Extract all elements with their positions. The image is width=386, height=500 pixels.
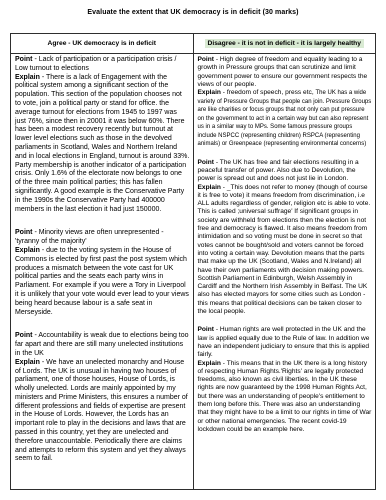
header-agree: Agree - UK democracy is in deficit — [11, 34, 194, 54]
disagree-column-cell: Point - High degree of freedom and equal… — [193, 54, 376, 490]
argument-paragraph: Point - Minority views are often unrepre… — [15, 229, 190, 317]
body-text: - Lack of participation or a participati… — [15, 56, 176, 72]
body-text: - Accountability is weak due to election… — [15, 332, 189, 357]
point-label: Point — [198, 326, 214, 333]
text-block: Point - High degree of freedom and equal… — [198, 56, 373, 89]
header-disagree-label: Disagree - it is not in deficit - it is … — [205, 39, 364, 48]
header-disagree: Disagree - it is not in deficit - it is … — [193, 34, 376, 54]
page-title: Evaluate the extent that UK democracy is… — [0, 0, 386, 16]
explain-label: Explain — [198, 89, 221, 96]
explain-label: Explain — [15, 247, 40, 254]
text-block: Explain - This means that in the UK ther… — [198, 360, 373, 435]
text-block: Explain - There is a lack of Engagement … — [15, 74, 190, 215]
text-block: Explain - due to the voting system in th… — [15, 247, 190, 317]
point-label: Point — [15, 56, 33, 63]
explain-label: Explain — [15, 74, 40, 81]
explain-label: Explain — [198, 360, 221, 367]
point-label: Point — [198, 56, 214, 63]
text-block: Point - Accountability is weak due to el… — [15, 332, 190, 358]
agree-column-cell: Point - Lack of participation or a parti… — [11, 54, 194, 490]
argument-paragraph: Point - Human rights are well protected … — [198, 326, 373, 434]
point-label: Point — [198, 159, 214, 166]
argument-paragraph: Point - Accountability is weak due to el… — [15, 332, 190, 464]
body-text: - There is a lack of Engagement with the… — [15, 74, 189, 213]
body-text: - The UK has free and fair elections res… — [198, 159, 359, 183]
body-text: - freedom of speech, press etc, — [221, 89, 316, 96]
body-text: - _This does not refer to money (though … — [198, 184, 371, 315]
argument-paragraph: Point - Lack of participation or a parti… — [15, 56, 190, 214]
fine-print-text: The UK has a wide variety of Pressure Gr… — [198, 90, 372, 147]
body-text: - due to the voting system in the House … — [15, 247, 189, 316]
text-block: Explain - freedom of speech, press etc, … — [198, 89, 373, 149]
header-row: Agree - UK democracy is in deficit Disag… — [11, 34, 376, 54]
body-text: - We have an unelected monarchy and Hous… — [15, 359, 188, 463]
text-block: Explain - We have an unelected monarchy … — [15, 359, 190, 465]
text-block: Point - The UK has free and fair electio… — [198, 159, 373, 184]
document-page: { "title": "Evaluate the extent that UK … — [0, 0, 386, 500]
point-label: Point — [15, 229, 33, 236]
text-block: Explain - _This does not refer to money … — [198, 184, 373, 317]
body-row: Point - Lack of participation or a parti… — [11, 54, 376, 490]
argument-paragraph: Point - High degree of freedom and equal… — [198, 56, 373, 149]
text-block: Point - Minority views are often unrepre… — [15, 229, 190, 247]
body-text: - Human rights are well protected in the… — [198, 326, 370, 358]
body-text: - Minority views are often unrepresented… — [15, 229, 164, 245]
text-block: Point - Lack of participation or a parti… — [15, 56, 190, 74]
header-agree-label: Agree - UK democracy is in deficit — [47, 40, 156, 47]
explain-label: Explain — [198, 184, 221, 191]
explain-label: Explain — [15, 359, 40, 366]
body-text: - This means that in the UK there is a l… — [198, 360, 372, 433]
body-text: - High degree of freedom and equality le… — [198, 56, 368, 88]
argument-paragraph: Point - The UK has free and fair electio… — [198, 159, 373, 317]
comparison-table: Agree - UK democracy is in deficit Disag… — [10, 33, 376, 490]
text-block: Point - Human rights are well protected … — [198, 326, 373, 359]
point-label: Point — [15, 332, 33, 339]
